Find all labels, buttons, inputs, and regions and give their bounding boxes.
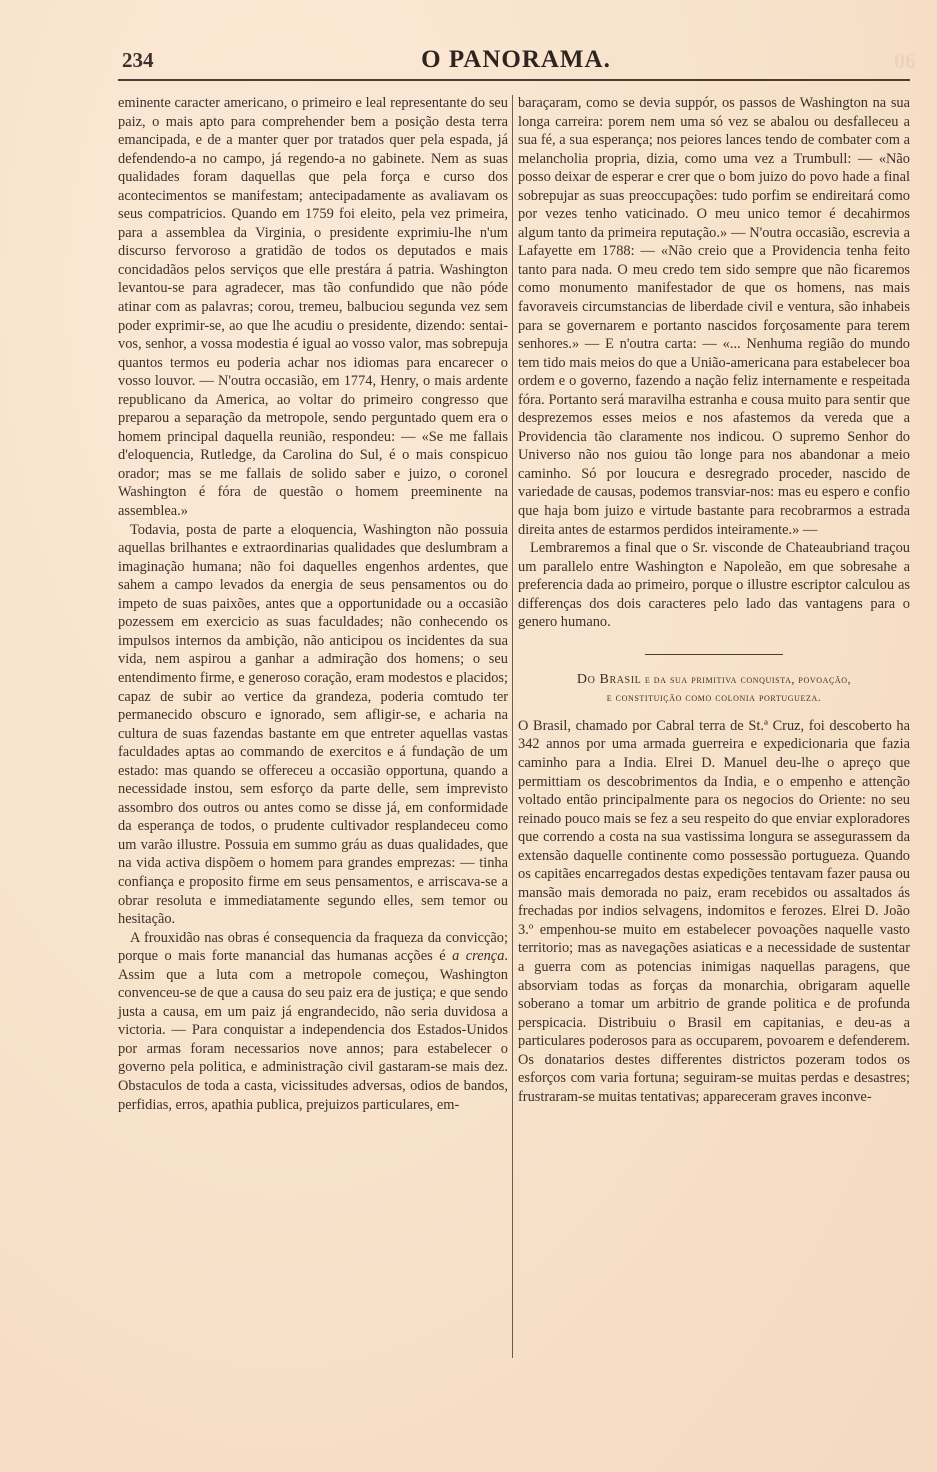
right-column: baraçaram, como se devia suppór, os pass… [518,94,910,1106]
paragraph: O Brasil, chamado por Cabral terra de St… [518,717,910,1106]
page-header: 234 O PANORAMA. 06 [118,44,914,74]
paragraph-text: A frouxidão nas obras é consequencia da … [118,930,508,965]
paragraph: Lembraremos a final que o Sr. visconde d… [518,539,910,632]
paragraph-text: . Assim que a luta com a metropole começ… [118,948,508,1112]
column-divider [512,95,513,1358]
newspaper-page: 234 O PANORAMA. 06 eminente caracter ame… [0,0,937,1472]
section-separator [645,654,783,655]
emphasis-text: a crença [452,948,504,964]
paragraph: A frouxidão nas obras é consequencia da … [118,929,508,1114]
section-heading-line-1: Do Brasil e da sua primitiva conquista, … [518,671,910,689]
header-rule [118,79,910,81]
paragraph: Todavia, posta de parte a eloquencia, Wa… [118,521,508,929]
section-heading-rest: e da sua primitiva conquista, povoação, [641,674,851,686]
journal-title: O PANORAMA. [118,46,914,74]
paragraph: eminente caracter americano, o primeiro … [118,94,508,521]
left-column: eminente caracter americano, o primeiro … [118,94,508,1114]
section-heading-initial: Do Brasil [577,672,641,687]
paragraph: baraçaram, como se devia suppór, os pass… [518,94,910,539]
bleed-through-mark: 06 [894,48,916,74]
section-heading: Do Brasil e da sua primitiva conquista, … [518,671,910,707]
section-heading-line-2: e constituição como colonia portugueza. [518,689,910,707]
